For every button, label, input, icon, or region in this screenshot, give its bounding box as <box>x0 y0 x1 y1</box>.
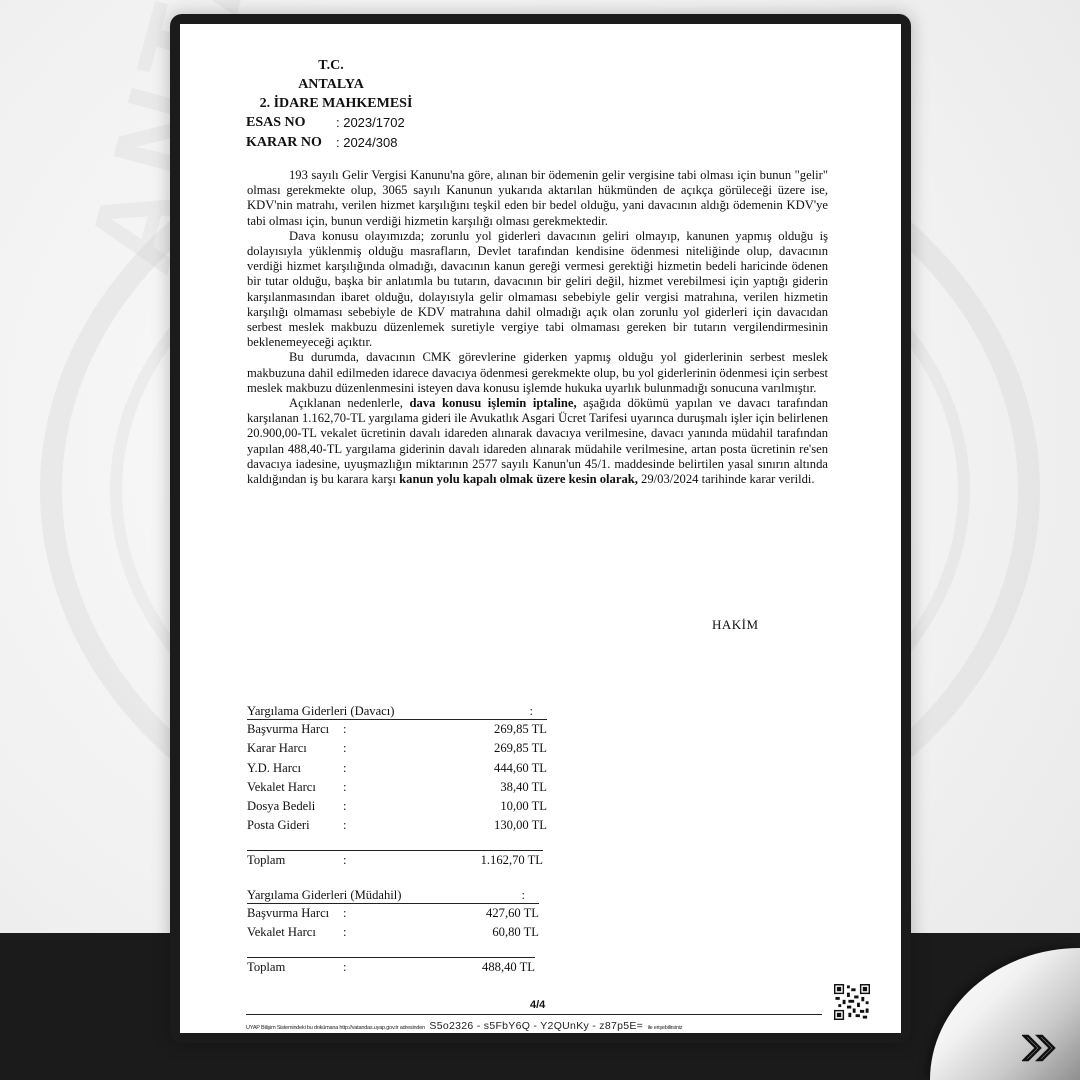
cost-colon: : <box>343 923 353 942</box>
cost-colon: : <box>343 720 353 739</box>
costs-table-mudahil: Yargılama Giderleri (Müdahil) : Başvurma… <box>247 887 539 977</box>
footer-verification-code: S5o2326 - s5FbY6Q - Y2QUnKy - z87p5E= <box>429 1020 643 1032</box>
cost-colon: : <box>343 759 353 778</box>
cost-amount: 130,00 TL <box>353 816 547 835</box>
footer-prefix: UYAP Bilişim Sistemindeki bu dokümana ht… <box>246 1025 425 1031</box>
header-city: ANTALYA <box>246 75 416 94</box>
double-chevron-right-icon[interactable] <box>1022 1033 1058 1063</box>
cost-label: Posta Gideri <box>247 816 343 835</box>
decision-bold-final: kanun yolu kapalı olmak üzere kesin olar… <box>399 472 638 486</box>
qr-code-icon <box>834 984 870 1020</box>
cost-row: Dosya Bedeli:10,00 TL <box>247 797 547 816</box>
decision-bold-annulment: dava konusu işlemin iptaline, <box>410 396 577 410</box>
cost-row: Başvurma Harcı:427,60 TL <box>247 904 539 923</box>
total-colon: : <box>343 958 353 977</box>
title-colon: : <box>530 703 534 719</box>
paragraph-1: 193 sayılı Gelir Vergisi Kanunu'na göre,… <box>247 168 828 229</box>
document-page: T.C. ANTALYA 2. İDARE MAHKEMESİ ESAS NO … <box>180 24 901 1033</box>
costs-davaci-title: Yargılama Giderleri (Davacı) <box>247 703 394 719</box>
esas-value: : 2023/1702 <box>336 113 405 133</box>
cost-label: Karar Harcı <box>247 739 343 758</box>
cost-label: Dosya Bedeli <box>247 797 343 816</box>
cost-colon: : <box>343 797 353 816</box>
paragraph-3: Bu durumda, davacının CMK görevlerine gi… <box>247 350 828 396</box>
cost-label: Başvurma Harcı <box>247 904 343 923</box>
footer-suffix: ile erişebilirsiniz <box>648 1025 683 1031</box>
cost-row: Başvurma Harcı:269,85 TL <box>247 720 547 739</box>
cost-row: Y.D. Harcı:444,60 TL <box>247 759 547 778</box>
costs-mudahil-title-row: Yargılama Giderleri (Müdahil) : <box>247 887 539 904</box>
esas-row: ESAS NO : 2023/1702 <box>246 113 446 133</box>
total-amount: 488,40 TL <box>353 958 535 977</box>
costs-davaci-total-row: Toplam : 1.162,70 TL <box>247 850 543 870</box>
header-tc: T.C. <box>246 56 416 75</box>
cost-amount: 38,40 TL <box>353 778 547 797</box>
page-number: 4/4 <box>530 999 545 1011</box>
cost-amount: 269,85 TL <box>353 720 547 739</box>
total-colon: : <box>343 851 353 870</box>
uyap-footer: UYAP Bilişim Sistemindeki bu dokümana ht… <box>246 1016 826 1034</box>
cost-amount: 60,80 TL <box>353 923 539 942</box>
karar-value: : 2024/308 <box>336 133 397 153</box>
costs-davaci-title-row: Yargılama Giderleri (Davacı) : <box>247 703 547 720</box>
header-court: 2. İDARE MAHKEMESİ <box>246 94 426 113</box>
cost-colon: : <box>343 739 353 758</box>
cost-row: Karar Harcı:269,85 TL <box>247 739 547 758</box>
cost-amount: 269,85 TL <box>353 739 547 758</box>
court-header: T.C. ANTALYA 2. İDARE MAHKEMESİ ESAS NO … <box>246 56 446 153</box>
costs-mudahil-title: Yargılama Giderleri (Müdahil) <box>247 887 401 903</box>
total-label: Toplam <box>247 958 343 977</box>
costs-table-davaci: Yargılama Giderleri (Davacı) : Başvurma … <box>247 703 547 870</box>
paragraph-decision: Açıklanan nedenlerle, dava konusu işlemi… <box>247 396 828 487</box>
cost-amount: 10,00 TL <box>353 797 547 816</box>
cost-colon: : <box>343 904 353 923</box>
judge-signature: HAKİM <box>712 617 759 633</box>
footer-divider <box>246 1014 822 1015</box>
decision-pre: Açıklanan nedenlerle, <box>289 396 410 410</box>
karar-label: KARAR NO <box>246 133 336 153</box>
cost-row: Posta Gideri:130,00 TL <box>247 816 547 835</box>
cost-row: Vekalet Harcı:60,80 TL <box>247 923 539 942</box>
total-amount: 1.162,70 TL <box>353 851 543 870</box>
total-label: Toplam <box>247 851 343 870</box>
cost-colon: : <box>343 816 353 835</box>
paragraph-2: Dava konusu olayımızda; zorunlu yol gide… <box>247 229 828 351</box>
cost-colon: : <box>343 778 353 797</box>
cost-label: Y.D. Harcı <box>247 759 343 778</box>
cost-label: Başvurma Harcı <box>247 720 343 739</box>
decision-post: 29/03/2024 tarihinde karar verildi. <box>638 472 815 486</box>
cost-label: Vekalet Harcı <box>247 923 343 942</box>
cost-label: Vekalet Harcı <box>247 778 343 797</box>
costs-mudahil-total-row: Toplam : 488,40 TL <box>247 957 535 977</box>
cost-amount: 427,60 TL <box>353 904 539 923</box>
decision-body: 193 sayılı Gelir Vergisi Kanunu'na göre,… <box>247 168 828 487</box>
title-colon: : <box>522 887 526 903</box>
cost-row: Vekalet Harcı:38,40 TL <box>247 778 547 797</box>
karar-row: KARAR NO : 2024/308 <box>246 133 446 153</box>
cost-amount: 444,60 TL <box>353 759 547 778</box>
esas-label: ESAS NO <box>246 113 336 133</box>
